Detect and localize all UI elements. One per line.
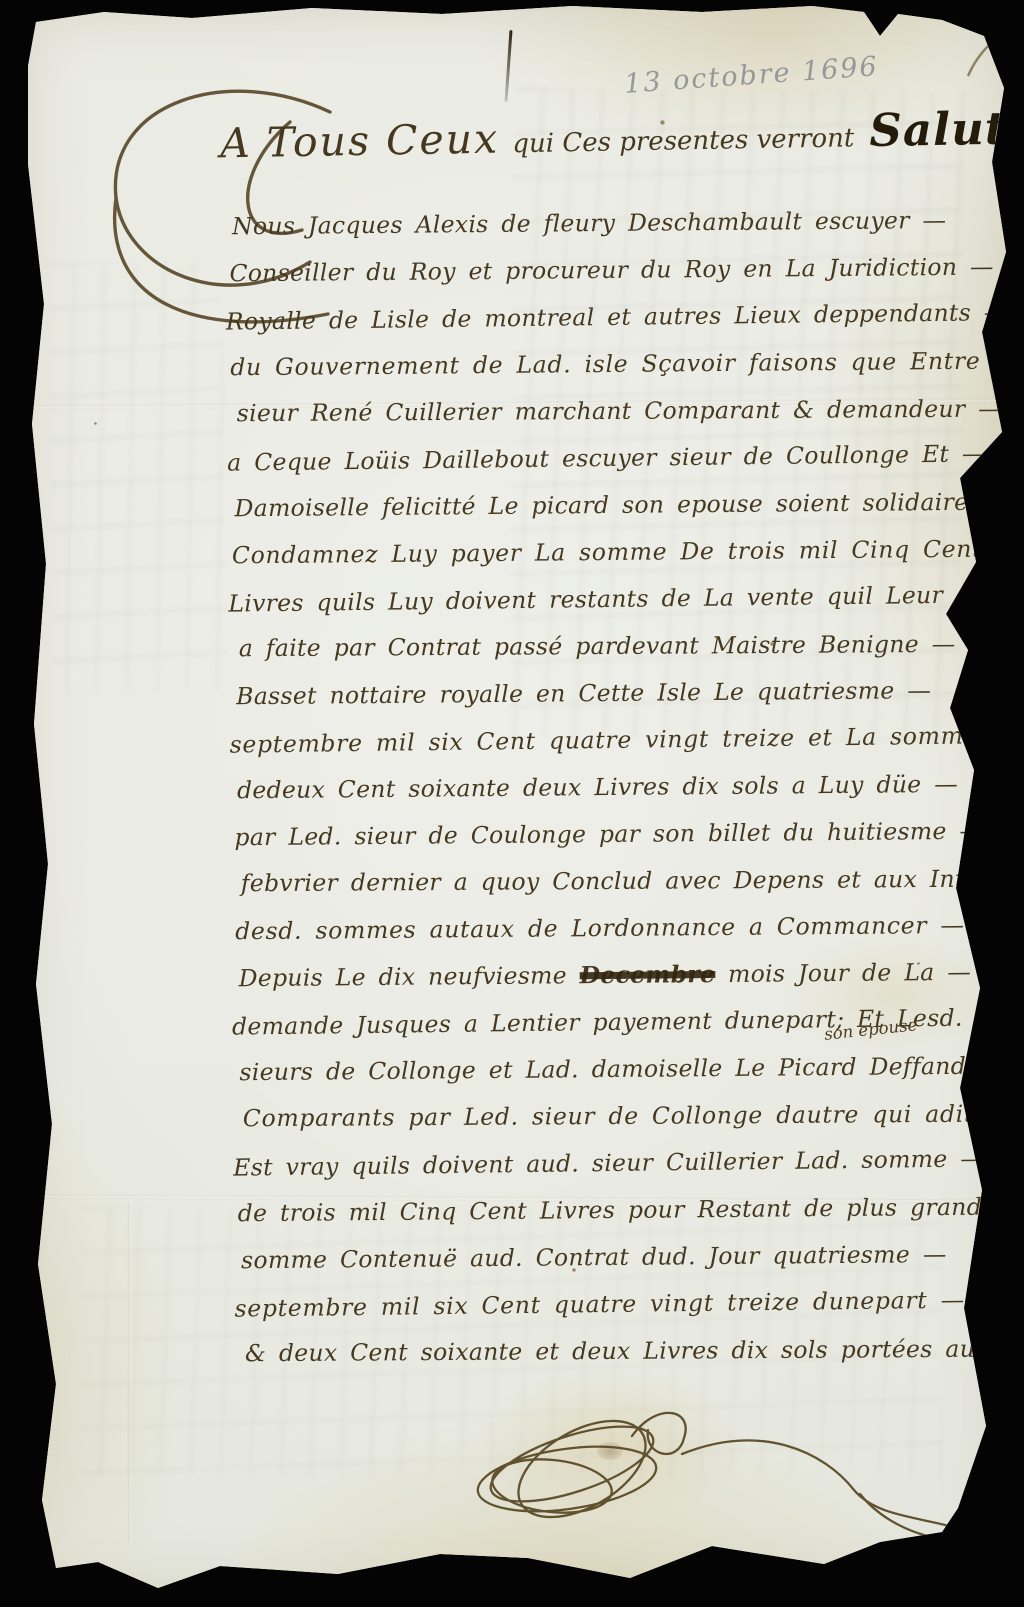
struck-word: Decembre [580, 960, 716, 989]
manuscript-line: Depuis Le dix neufviesme Decembre mois J… [238, 949, 984, 1003]
pencil-date-annotation: 13 octobre 1696 [623, 51, 879, 100]
manuscript-line: du Gouvernement de Lad. isle Sçavoir fai… [230, 338, 976, 392]
manuscript-line: Nous Jacques Alexis de fleury Deschambau… [232, 197, 978, 251]
manuscript-line: a faite par Contrat passé pardevant Mais… [239, 621, 985, 673]
manuscript-line: Conseiller du Roy et procureur du Roy en… [229, 244, 975, 298]
manuscript-line: sieur René Cuillerier marchant Comparant… [237, 386, 983, 438]
corner-mark-icon [964, 40, 994, 80]
manuscript-line: de trois mil Cinq Cent Livres pour Resta… [238, 1184, 984, 1238]
manuscript-line: Royalle de Lisle de montreal et autres L… [226, 289, 973, 345]
fold-crease [128, 1202, 131, 1542]
manuscript-line: febvrier dernier a quoy Conclud avec Dep… [241, 856, 987, 908]
manuscript-line: somme Contenuë aud. Contrat dud. Jour qu… [241, 1231, 987, 1285]
manuscript-line: desd. sommes autaux de Lordonnance a Com… [235, 902, 981, 956]
heading-post: ! — [1015, 116, 1024, 152]
manuscript-line: Livres quils Luy doivent restants de La … [228, 571, 975, 627]
heading-opening: A Tous Ceux [220, 115, 500, 168]
margin-mark: ✱ [28, 822, 41, 840]
signature-paraph-icon [432, 1394, 1012, 1564]
heading-middle: qui Ces presentes verront [512, 123, 854, 159]
manuscript-page: 13 octobre 1696 A Tous Ceux qui Ces pres… [12, 2, 1012, 1602]
paper-stain [94, 422, 97, 425]
ink-stroke [504, 30, 512, 102]
manuscript-line: septembre mil six Cent quatre vingt trei… [234, 1276, 981, 1332]
manuscript-line: Comparants par Led. sieur de Collonge da… [243, 1091, 989, 1143]
heading-salut: Salut [869, 102, 1007, 157]
manuscript-line: Damoiselle felicitté Le picard son epous… [234, 479, 980, 533]
manuscript-line: Condamnez Luy payer La somme De trois mi… [232, 526, 978, 580]
manuscript-line: Basset nottaire royalle en Cette Isle Le… [236, 667, 982, 721]
manuscript-body: Nous Jacques Alexis de fleury Deschambau… [229, 197, 985, 1378]
manuscript-line: par Led. sieur de Coulonge par son bille… [234, 808, 980, 862]
manuscript-line: a Ceque Loüis Daillebout escuyer sieur d… [227, 430, 974, 486]
manuscript-line: & deux Cent soixante et deux Livres dix … [245, 1326, 991, 1378]
manuscript-line: Est vray quils doivent aud. sieur Cuille… [233, 1135, 980, 1191]
manuscript-line: septembre mil six Cent quatre vingt trei… [229, 712, 976, 768]
manuscript-line: dedeux Cent soixante deux Livres dix sol… [237, 761, 983, 815]
photo-backdrop: { "page": { "background_color": "#040404… [0, 0, 1024, 1607]
manuscript-line: sieurs de Collonge et Lad. damoiselle Le… [239, 1043, 985, 1097]
